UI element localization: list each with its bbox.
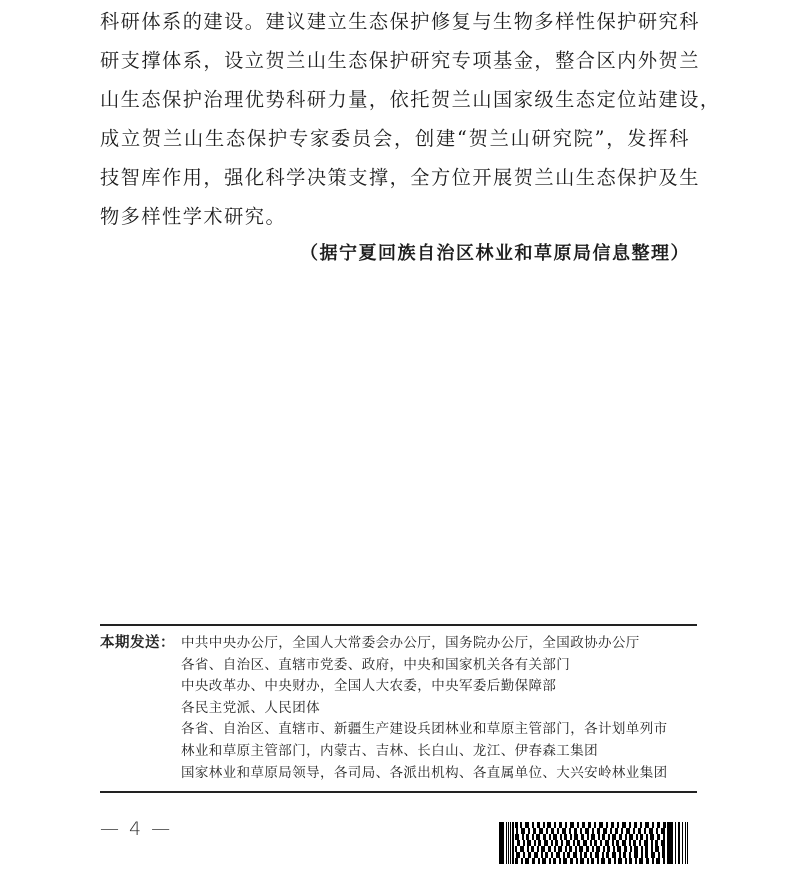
distribution-label: 本期发送： [100,633,175,655]
recipient-line: 各省、自治区、直辖市、新疆生产建设兵团林业和草原主管部门，各计划单列市 [181,719,701,741]
document-page: 科研体系的建设。建议建立生态保护修复与生物多样性保护研究科 研支撑体系，设立贺兰… [0,0,789,893]
recipient-list: 中共中央办公厅，全国人大常委会办公厅，国务院办公厅，全国政协办公厅 各省、自治区… [181,633,701,784]
body-paragraph: 科研体系的建设。建议建立生态保护修复与生物多样性保护研究科 研支撑体系，设立贺兰… [100,2,690,236]
divider-top [100,624,697,626]
page-number: — 4 — [100,818,172,840]
recipient-line: 各省、自治区、直辖市党委、政府，中央和国家机关各有关部门 [181,655,701,677]
divider-bottom [100,791,697,793]
recipient-line: 各民主党派、人民团体 [181,698,701,720]
body-line: 研支撑体系，设立贺兰山生态保护研究专项基金，整合区内外贺兰 [100,41,690,80]
body-line: 山生态保护治理优势科研力量，依托贺兰山国家级生态定位站建设， [100,80,690,119]
body-line: 科研体系的建设。建议建立生态保护修复与生物多样性保护研究科 [100,2,690,41]
body-line: 成立贺兰山生态保护专家委员会，创建“贺兰山研究院”，发挥科 [100,119,690,158]
recipient-line: 林业和草原主管部门，内蒙古、吉林、长白山、龙江、伊春森工集团 [181,741,701,763]
recipient-line: 中共中央办公厅，全国人大常委会办公厅，国务院办公厅，全国政协办公厅 [181,633,701,655]
recipient-line: 中央改革办、中央财办，全国人大农委，中央军委后勤保障部 [181,676,701,698]
source-note: （据宁夏回族自治区林业和草原局信息整理） [290,236,690,272]
pdf417-barcode-icon [499,822,688,864]
recipient-line: 国家林业和草原局领导，各司局、各派出机构、各直属单位、大兴安岭林业集团 [181,763,701,785]
body-line: 物多样性学术研究。 [100,197,690,236]
body-line: 技智库作用，强化科学决策支撑，全方位开展贺兰山生态保护及生 [100,158,690,197]
